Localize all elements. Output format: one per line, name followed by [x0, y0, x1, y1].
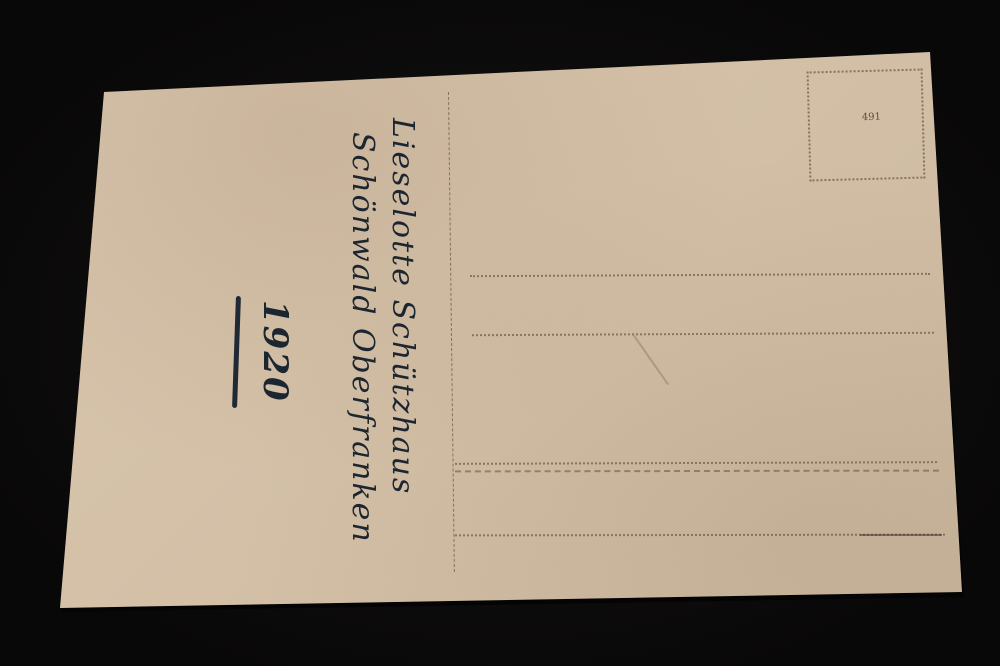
address-line-1	[470, 273, 930, 277]
stamp-number: 491	[862, 112, 881, 123]
handwriting-line-2: Schönwald Oberfranken	[345, 132, 380, 544]
address-line-3-underline	[455, 470, 939, 473]
message-address-divider	[448, 92, 455, 572]
address-line-2	[472, 332, 934, 336]
handwriting-year: 1920	[255, 300, 295, 403]
address-line-4-end	[860, 534, 942, 536]
address-line-3	[455, 461, 937, 465]
stamp-box: 491	[807, 69, 926, 182]
handwriting-line-1: Lieselotte Schützhaus	[385, 118, 420, 495]
postcard: 491 Lieselotte Schützhaus Schönwald Ober…	[0, 0, 1000, 666]
paper-crease	[633, 335, 669, 385]
year-underline-stroke	[232, 296, 241, 408]
